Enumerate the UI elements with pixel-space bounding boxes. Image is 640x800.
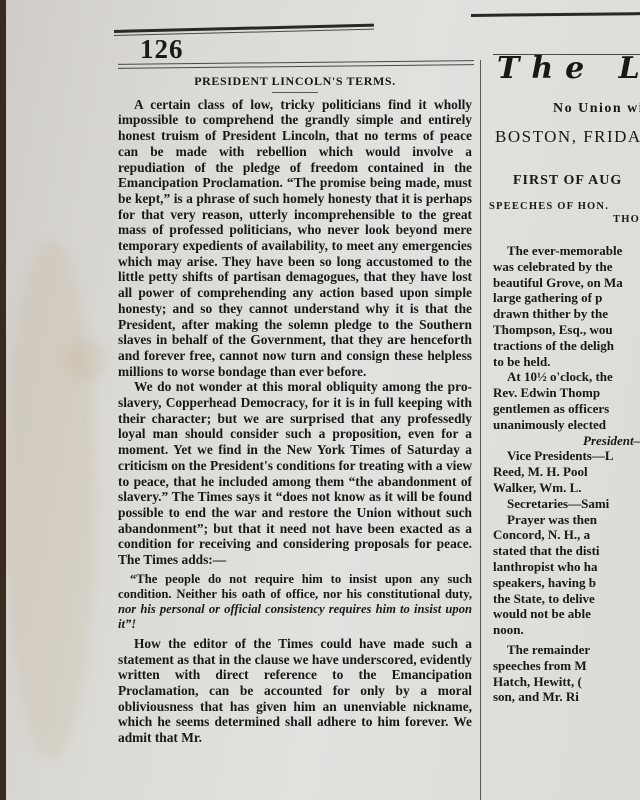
report-line: Hatch, Hewitt, ( xyxy=(493,674,640,690)
report-line: speeches from M xyxy=(493,658,640,674)
report-line: speakers, having b xyxy=(493,575,640,591)
top-rule-right xyxy=(471,12,640,17)
report-line: noon. xyxy=(493,622,640,638)
headline-divider xyxy=(272,92,318,93)
column-divider xyxy=(480,60,481,800)
speeches-subheading: SPEECHES OF HON. xyxy=(489,201,640,212)
report-line: Walker, Wm. L. xyxy=(493,480,640,496)
quote-plain-text: “The people do not require him to insist… xyxy=(118,572,472,601)
report-body: The ever-memorablewas celebrated by theb… xyxy=(493,243,640,705)
report-line: Concord, N. H., a xyxy=(493,527,640,543)
report-line: beautiful Grove, on Ma xyxy=(493,275,640,291)
report-line: was celebrated by the xyxy=(493,259,640,275)
report-line: tractions of the deligh xyxy=(493,338,640,354)
right-column: The Li No Union wit BOSTON, FRIDA FIRST … xyxy=(493,48,640,705)
report-line: to be held. xyxy=(493,354,640,370)
article-paragraph: We do not wonder at this moral obliquity… xyxy=(118,379,472,567)
report-line: Prayer was then xyxy=(493,512,640,528)
article-paragraph: How the editor of the Times could have m… xyxy=(118,636,472,746)
report-line: Reed, M. H. Pool xyxy=(493,464,640,480)
report-line: the State, to delive xyxy=(493,591,640,607)
report-line: would not be able xyxy=(493,606,640,622)
report-line: drawn thither by the xyxy=(493,306,640,322)
report-line: President— xyxy=(493,433,640,449)
report-line: lanthropist who ha xyxy=(493,559,640,575)
section-heading: FIRST OF AUG xyxy=(513,173,640,189)
page-number: 126 xyxy=(140,34,184,65)
masthead-title: The Li xyxy=(497,49,640,89)
times-quote: “The people do not require him to insist… xyxy=(118,572,472,632)
masthead-rule xyxy=(493,54,640,55)
report-line: Vice Presidents—L xyxy=(493,448,640,464)
article-paragraph: A certain class of low, tricky politicia… xyxy=(118,97,472,380)
paper-stain xyxy=(6,240,96,760)
newspaper-page: 126 PRESIDENT LINCOLN'S TERMS. A certain… xyxy=(6,0,640,800)
report-line: unanimously elected xyxy=(493,417,640,433)
report-line: Secretaries—Sami xyxy=(493,496,640,512)
quote-italic-text: nor his personal or official consistency… xyxy=(118,602,472,631)
article-headline: PRESIDENT LINCOLN'S TERMS. xyxy=(118,74,472,90)
report-line: The remainder xyxy=(493,642,640,658)
report-line: The ever-memorable xyxy=(493,243,640,259)
report-line: gentlemen as officers xyxy=(493,401,640,417)
report-line: stated that the disti xyxy=(493,543,640,559)
report-line: Rev. Edwin Thomp xyxy=(493,385,640,401)
dateline: BOSTON, FRIDA xyxy=(495,127,640,147)
article-president-lincolns-terms: PRESIDENT LINCOLN'S TERMS. A certain cla… xyxy=(118,74,472,746)
masthead-motto: No Union wit xyxy=(553,101,640,117)
report-line: Thompson, Esq., wou xyxy=(493,322,640,338)
report-line: At 10½ o'clock, the xyxy=(493,369,640,385)
report-line: large gathering of p xyxy=(493,290,640,306)
speeches-subheading-continued: THOM xyxy=(613,214,640,225)
paper-stain xyxy=(66,340,106,380)
report-line: son, and Mr. Ri xyxy=(493,689,640,705)
